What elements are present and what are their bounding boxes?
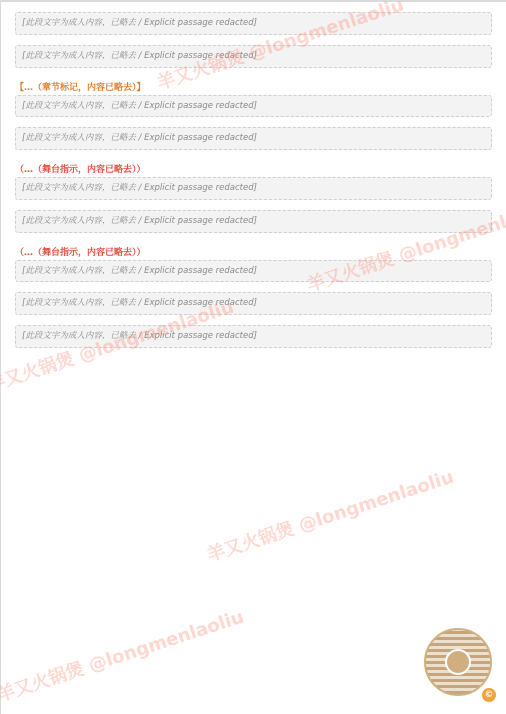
- paragraph: [此段文字为成人内容，已略去 / Explicit passage redact…: [15, 325, 492, 348]
- qr-code-stamp: [424, 628, 492, 696]
- redacted-passage: [此段文字为成人内容，已略去 / Explicit passage redact…: [15, 127, 492, 150]
- paragraph: [此段文字为成人内容，已略去 / Explicit passage redact…: [15, 177, 492, 200]
- redacted-passage: [此段文字为成人内容，已略去 / Explicit passage redact…: [15, 95, 492, 118]
- copyright-badge-icon: ©: [482, 688, 496, 702]
- watermark-text: 羊又火锅煲 @longmenlaoliu: [0, 603, 247, 707]
- stage-direction-header: （…（舞台指示，内容已略去））: [15, 162, 492, 175]
- paragraph: [此段文字为成人内容，已略去 / Explicit passage redact…: [15, 127, 492, 150]
- paragraph: [此段文字为成人内容，已略去 / Explicit passage redact…: [15, 260, 492, 283]
- redacted-passage: [此段文字为成人内容，已略去 / Explicit passage redact…: [15, 177, 492, 200]
- paragraph: [此段文字为成人内容，已略去 / Explicit passage redact…: [15, 292, 492, 315]
- stage-direction-header: （…（舞台指示，内容已略去））: [15, 245, 492, 258]
- paragraph: [此段文字为成人内容，已略去 / Explicit passage redact…: [15, 45, 492, 68]
- qr-code-center: [445, 649, 471, 675]
- watermark-text: 羊又火锅煲 @longmenlaoliu: [203, 463, 457, 567]
- paragraph: [此段文字为成人内容，已略去 / Explicit passage redact…: [15, 95, 492, 118]
- paragraph: [此段文字为成人内容，已略去 / Explicit passage redact…: [15, 210, 492, 233]
- document-page: [此段文字为成人内容，已略去 / Explicit passage redact…: [0, 0, 506, 714]
- redacted-passage: [此段文字为成人内容，已略去 / Explicit passage redact…: [15, 292, 492, 315]
- redacted-passage: [此段文字为成人内容，已略去 / Explicit passage redact…: [15, 325, 492, 348]
- redacted-passage: [此段文字为成人内容，已略去 / Explicit passage redact…: [15, 210, 492, 233]
- redacted-passage: [此段文字为成人内容，已略去 / Explicit passage redact…: [15, 45, 492, 68]
- section-header: 【…（章节标记，内容已略去）】: [15, 80, 492, 93]
- redacted-passage: [此段文字为成人内容，已略去 / Explicit passage redact…: [15, 12, 492, 35]
- redacted-passage: [此段文字为成人内容，已略去 / Explicit passage redact…: [15, 260, 492, 283]
- paragraph: [此段文字为成人内容，已略去 / Explicit passage redact…: [15, 12, 492, 35]
